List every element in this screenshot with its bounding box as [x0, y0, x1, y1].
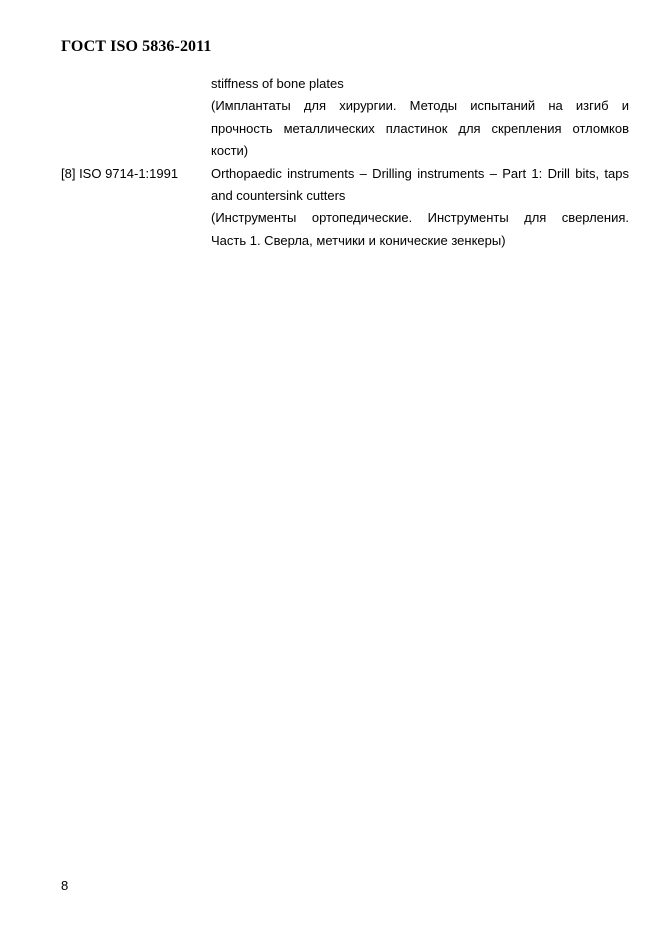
reference-title-en: stiffness of bone plates: [211, 73, 629, 95]
reference-id: [61, 73, 211, 163]
reference-body: stiffness of bone plates (Имплантаты для…: [211, 73, 629, 163]
reference-title-ru: (Инструменты ортопедические. Инструменты…: [211, 207, 629, 229]
reference-entry-8: [8] ISO 9714-1:1991 Orthopaedic instrume…: [61, 163, 629, 253]
reference-entry-7-continued: stiffness of bone plates (Имплантаты для…: [61, 73, 629, 163]
reference-title-ru: кости): [211, 140, 629, 162]
reference-body: Orthopaedic instruments – Drilling instr…: [211, 163, 629, 253]
reference-title-ru: прочность металлических пластинок для ск…: [211, 118, 629, 140]
reference-title-ru: (Имплантаты для хирургии. Методы испытан…: [211, 95, 629, 117]
page-number: 8: [61, 878, 68, 893]
reference-title-en: and countersink cutters: [211, 185, 629, 207]
reference-title-ru: Часть 1. Сверла, метчики и конические зе…: [211, 230, 629, 252]
document-header: ГОСТ ISO 5836-2011: [61, 38, 211, 56]
reference-title-en: Orthopaedic instruments – Drilling instr…: [211, 163, 629, 185]
reference-id: [8] ISO 9714-1:1991: [61, 163, 211, 253]
reference-list: stiffness of bone plates (Имплантаты для…: [61, 73, 629, 252]
